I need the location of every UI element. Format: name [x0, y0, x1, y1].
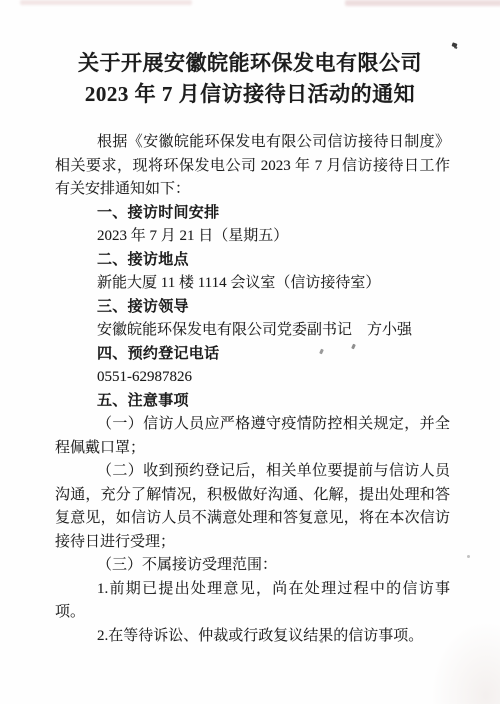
notice-body: 根据《安徽皖能环保发电有限公司信访接待日制度》相关要求，现将环保发电公司 202… [0, 131, 500, 648]
section-3-heading: 三、接访领导 [55, 296, 450, 320]
note-item-2: 2.在等待诉讼、仲裁或行政复议结果的信访事项。 [55, 625, 450, 649]
section-2-line-location: 新能大厦 11 楼 1114 会议室（信访接待室） [55, 272, 450, 296]
section-5-heading: 五、注意事项 [55, 390, 450, 414]
intro-paragraph: 根据《安徽皖能环保发电有限公司信访接待日制度》相关要求，现将环保发电公司 202… [55, 131, 450, 202]
notice-title: 关于开展安徽皖能环保发电有限公司 2023 年 7 月信访接待日活动的通知 [40, 48, 460, 110]
section-4-heading: 四、预约登记电话 [55, 343, 450, 367]
section-1-heading: 一、接访时间安排 [55, 202, 450, 226]
scan-artifact-top-smudge [20, 0, 192, 5]
scan-artifact-top-smudge [345, 0, 500, 6]
note-paragraph-3: （三）不属接访受理范围： [55, 554, 450, 578]
section-2-heading: 二、接访地点 [55, 249, 450, 273]
note-item-1: 1.前期已提出处理意见，尚在处理过程中的信访事项。 [55, 578, 450, 625]
note-paragraph-2: （二）收到预约登记后，相关单位要提前与信访人员沟通，充分了解情况，积极做好沟通、… [55, 460, 450, 554]
section-3-line-leader: 安徽皖能环保发电有限公司党委副书记 方小强 [55, 319, 450, 343]
section-1-line-time: 2023 年 7 月 21 日（星期五） [55, 225, 450, 249]
note-paragraph-1: （一）信访人员应严格遵守疫情防控相关规定，并全程佩戴口罩； [55, 413, 450, 460]
scan-artifact-speck [451, 42, 457, 47]
section-4-line-phone: 0551-62987826 [55, 366, 450, 390]
scanned-notice-page: 关于开展安徽皖能环保发电有限公司 2023 年 7 月信访接待日活动的通知 根据… [0, 0, 500, 704]
notice-title-line1: 关于开展安徽皖能环保发电有限公司 [40, 48, 460, 79]
notice-title-line2: 2023 年 7 月信访接待日活动的通知 [40, 79, 460, 110]
